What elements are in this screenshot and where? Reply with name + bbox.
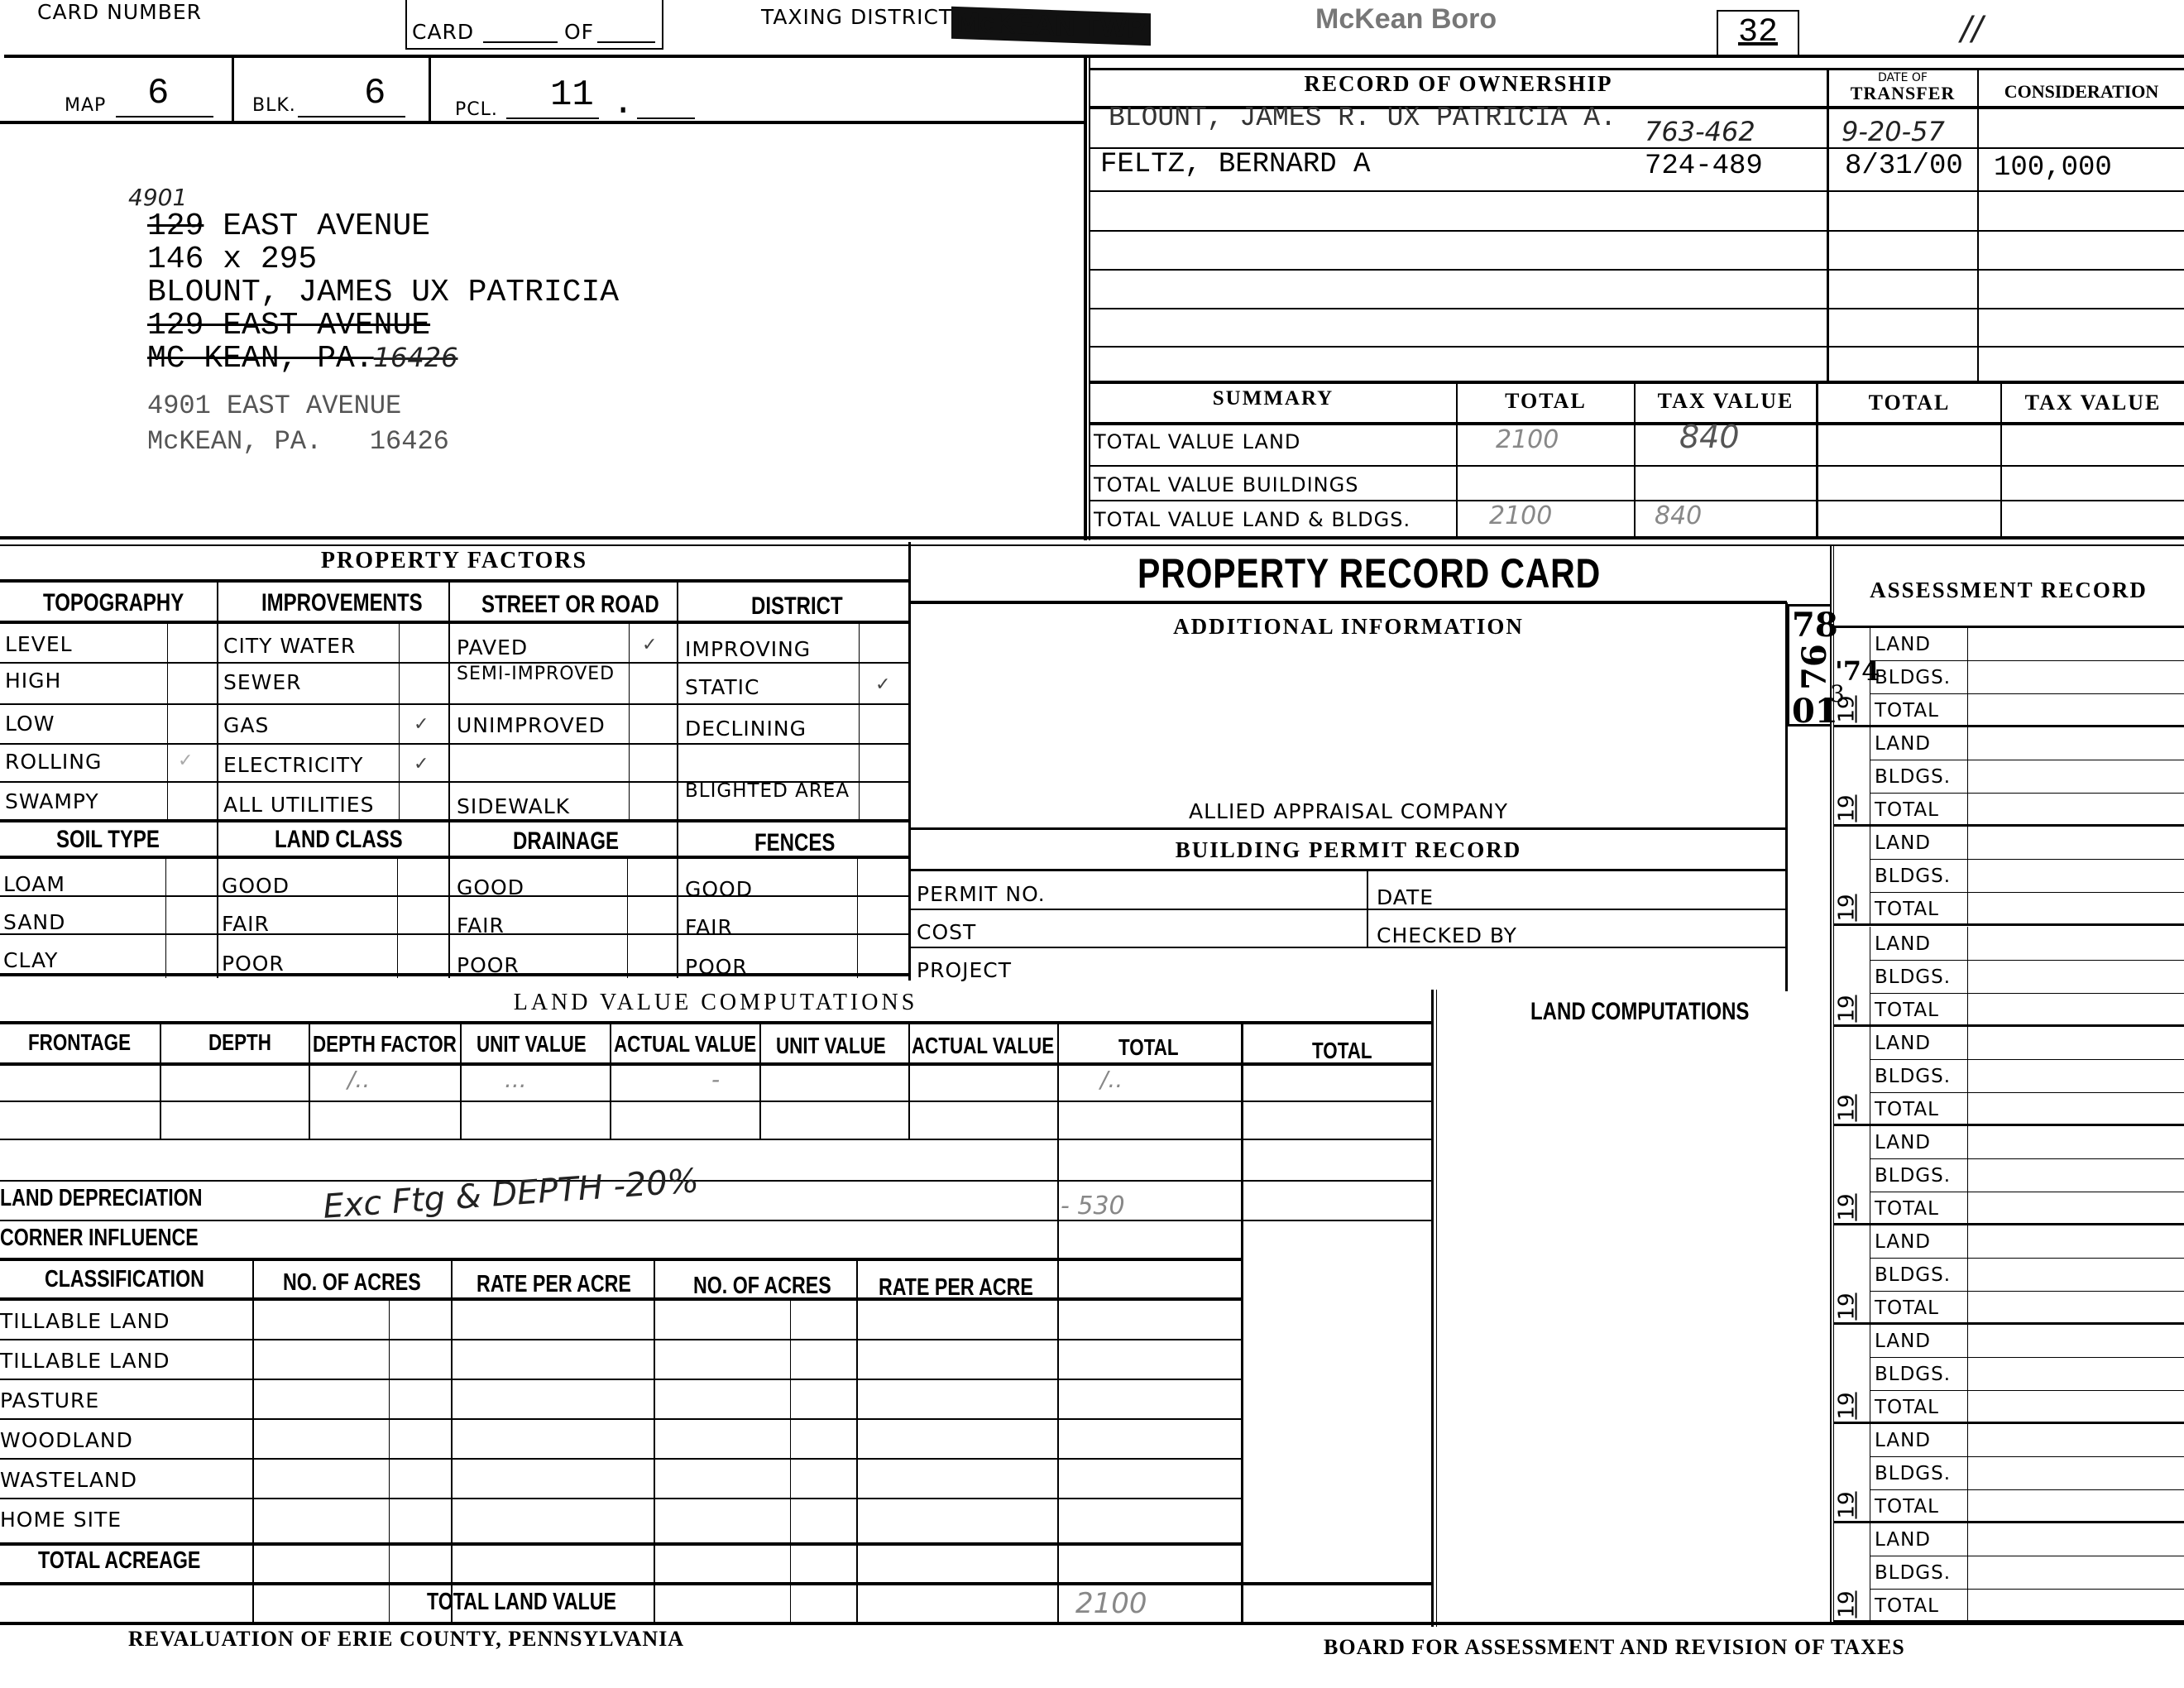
topography-low: LOW xyxy=(5,712,55,736)
assessment-bldgs-value[interactable] xyxy=(1969,1160,2182,1190)
divider xyxy=(1870,1390,2184,1391)
total-acreage-label: TOTAL ACREAGE xyxy=(38,1547,200,1575)
divider xyxy=(0,621,908,624)
assessment-land-label: LAND xyxy=(1875,832,1931,854)
divider xyxy=(4,55,2184,58)
divider xyxy=(0,662,908,664)
divider xyxy=(1870,826,1870,925)
divider xyxy=(1089,500,2184,501)
card-total-field[interactable] xyxy=(597,41,655,43)
divider xyxy=(0,819,908,822)
assessment-bldgs-label: BLDGS. xyxy=(1875,766,1951,788)
unit-value: ... xyxy=(505,1066,527,1093)
divider xyxy=(0,1458,1241,1460)
no-of-acres-header-2: NO. OF ACRES xyxy=(693,1273,831,1300)
col-unit-value-2: UNIT VALUE xyxy=(776,1033,886,1059)
assessment-bldgs-label: BLDGS. xyxy=(1875,866,1951,887)
divider xyxy=(0,1379,1241,1380)
divider xyxy=(859,622,860,821)
divider xyxy=(1833,923,2184,926)
checked-by-field[interactable] xyxy=(1539,912,1779,945)
divider xyxy=(1833,1124,2184,1126)
divider xyxy=(677,581,678,821)
divider xyxy=(389,1299,390,1623)
divider xyxy=(1870,793,2184,794)
assessment-bldgs-value[interactable] xyxy=(1969,1557,2182,1587)
assessment-total-value[interactable] xyxy=(1969,1590,2182,1620)
permit-no-field[interactable] xyxy=(1075,874,1361,907)
divider xyxy=(629,622,630,821)
assessment-land-label: LAND xyxy=(1875,1529,1931,1551)
static-check-icon[interactable]: ✓ xyxy=(875,674,890,695)
district-blighted-area: BLIGHTED AREA xyxy=(685,781,855,801)
divider xyxy=(1833,1521,2184,1523)
divider xyxy=(1870,1158,2184,1159)
ownership-row[interactable]: BLOUNT, JAMES R. UX PATRICIA A. 763-462 … xyxy=(1089,109,2184,147)
divider xyxy=(165,857,166,978)
divider xyxy=(1084,56,1087,540)
divider xyxy=(0,703,908,705)
divider xyxy=(1089,68,2184,70)
rolling-check-icon[interactable]: ✓ xyxy=(178,750,193,771)
assessment-bldgs-value[interactable] xyxy=(1969,1359,2182,1388)
divider xyxy=(0,1180,1431,1182)
owner-name: BLOUNT, JAMES UX PATRICIA xyxy=(147,275,619,310)
divider xyxy=(1089,190,2184,192)
col-total-1: TOTAL xyxy=(1118,1034,1179,1061)
topography-rolling: ROLLING xyxy=(5,750,102,774)
topography-high: HIGH xyxy=(5,669,61,693)
taxing-district-label: TAXING DISTRICT xyxy=(761,7,869,28)
year-prefix: 19 xyxy=(1835,1590,1860,1618)
owner-name: BLOUNT, JAMES R. UX PATRICIA A. xyxy=(1109,103,1616,133)
summary-total-header: TOTAL xyxy=(1458,389,1634,414)
year-prefix: 19 xyxy=(1835,1193,1860,1220)
drainage-fair: FAIR xyxy=(457,914,505,938)
assessment-bldgs-label: BLDGS. xyxy=(1875,1463,1951,1484)
divider xyxy=(399,622,400,821)
assessment-bldgs-value[interactable] xyxy=(1969,861,2182,890)
assessment-land-value[interactable] xyxy=(1969,728,2182,758)
divider xyxy=(1870,1556,2184,1556)
classification-header: CLASSIFICATION xyxy=(45,1266,204,1293)
assessment-total-label: TOTAL xyxy=(1875,1099,1939,1120)
assessment-bldgs-value[interactable] xyxy=(1969,662,2182,692)
card-number-label: CARD NUMBER xyxy=(37,2,112,23)
summary-land-bldgs-total[interactable]: 2100 xyxy=(1489,501,1552,530)
divider xyxy=(1870,693,2184,694)
divider xyxy=(429,56,431,122)
divider xyxy=(910,909,1787,910)
blk-underline xyxy=(298,116,405,117)
year-prefix: 19 xyxy=(1835,794,1860,822)
land-class-fair: FAIR xyxy=(222,912,270,936)
improvements-header: IMPROVEMENTS xyxy=(261,589,423,617)
divider xyxy=(1870,993,2184,994)
additional-information-header: ADDITIONAL INFORMATION xyxy=(910,614,1787,640)
divider xyxy=(1870,760,2184,760)
divider xyxy=(1089,230,2184,232)
street-unimproved: UNIMPROVED xyxy=(457,713,606,737)
assessment-land-label: LAND xyxy=(1875,634,1931,655)
year-prefix: 19 xyxy=(1835,995,1860,1022)
electricity-check-icon[interactable]: ✓ xyxy=(414,753,429,774)
depth-factor-value: /.. xyxy=(347,1066,370,1093)
col-actual-value-2: ACTUAL VALUE xyxy=(912,1033,1054,1059)
drainage-good: GOOD xyxy=(457,875,524,899)
divider xyxy=(448,581,450,821)
assessment-land-label: LAND xyxy=(1875,1033,1931,1054)
topography-swampy: SWAMPY xyxy=(5,789,99,813)
assessment-record-title: ASSESSMENT RECORD xyxy=(1835,578,2182,603)
corner-influence-label: CORNER INFLUENCE xyxy=(0,1225,199,1252)
improvements-electricity: ELECTRICITY xyxy=(223,753,363,777)
consideration-header: CONSIDERATION xyxy=(1979,81,2184,103)
fences-poor: POOR xyxy=(685,955,748,979)
divider xyxy=(0,895,908,897)
total-land-value-label: TOTAL LAND VALUE xyxy=(427,1589,616,1616)
card-of-of-label: OF xyxy=(564,20,594,44)
divider xyxy=(910,827,1787,830)
divider xyxy=(1967,1026,1968,1125)
assessment-total-label: TOTAL xyxy=(1875,1397,1939,1418)
divider xyxy=(910,601,1787,604)
divider xyxy=(677,821,678,978)
assessment-total-value[interactable] xyxy=(1969,1094,2182,1124)
land-value-title: LAND VALUE COMPUTATIONS xyxy=(0,990,1431,1016)
taxing-district-value: McKean Boro xyxy=(1315,3,1497,36)
summary-row-label: TOTAL VALUE BUILDINGS xyxy=(1094,473,1358,496)
divider xyxy=(217,581,218,821)
owner-name: FELTZ, BERNARD A xyxy=(1100,149,1370,180)
actual-value: - xyxy=(711,1066,720,1093)
divider xyxy=(1870,927,1870,1026)
assessment-land-value[interactable] xyxy=(1969,827,2182,857)
property-factors-title: PROPERTY FACTORS xyxy=(0,548,908,574)
land-class-good: GOOD xyxy=(222,874,290,898)
divider xyxy=(1833,1024,2184,1027)
divider xyxy=(0,1220,1431,1221)
pcl-separator: . xyxy=(612,83,634,124)
blk-label: BLK. xyxy=(252,95,296,116)
consideration: 100,000 xyxy=(1994,152,2112,184)
pcl-suffix-underline xyxy=(637,117,695,119)
cost-label: COST xyxy=(917,920,976,944)
rate-per-acre-header-1: RATE PER ACRE xyxy=(477,1271,631,1298)
assessment-land-value[interactable] xyxy=(1969,1326,2182,1355)
assessment-land-value[interactable] xyxy=(1969,1127,2182,1157)
assessment-land-label: LAND xyxy=(1875,1430,1931,1451)
summary-total2-header: TOTAL xyxy=(1818,391,2000,415)
gas-check-icon[interactable]: ✓ xyxy=(414,713,429,735)
district-improving: IMPROVING xyxy=(685,637,811,661)
divider xyxy=(1431,990,1434,1627)
divider xyxy=(1870,1523,1870,1622)
divider xyxy=(1089,269,2184,271)
improvements-sewer: SEWER xyxy=(223,670,302,694)
divider xyxy=(1436,990,1437,1627)
struck-handwritten-zip: 16426 xyxy=(374,342,458,373)
summary-land-tax-value[interactable]: 840 xyxy=(1679,419,1740,455)
land-class-poor: POOR xyxy=(222,952,285,976)
assessment-bldgs-label: BLDGS. xyxy=(1875,1066,1951,1087)
assessment-bldgs-label: BLDGS. xyxy=(1875,667,1951,688)
pcl-value[interactable]: 11 xyxy=(550,74,594,116)
divider xyxy=(0,1498,1241,1499)
blk-value[interactable]: 6 xyxy=(364,73,386,114)
summary-land-total[interactable]: 2100 xyxy=(1496,425,1559,454)
stamped-address-line1: 4901 EAST AVENUE xyxy=(147,391,401,421)
divider xyxy=(1967,727,1968,826)
divider xyxy=(0,856,908,859)
assessment-total-value[interactable] xyxy=(1969,1392,2182,1422)
struck-mailing-city: MC KEAN, PA. xyxy=(147,341,374,376)
summary-row-label: TOTAL VALUE LAND & BLDGS. xyxy=(1094,508,1410,531)
assessment-total-value[interactable] xyxy=(1969,1193,2182,1223)
topography-header: TOPOGRAPHY xyxy=(43,589,184,617)
land-depreciation-note[interactable]: Exc Ftg & DEPTH -20% xyxy=(322,1162,700,1226)
assessment-land-label: LAND xyxy=(1875,733,1931,755)
transfer-date: 9-20-57 xyxy=(1842,116,1945,147)
land-computations-area[interactable] xyxy=(1439,1034,1779,1614)
assessment-land-value[interactable] xyxy=(1969,629,2182,659)
assessment-bldgs-value[interactable] xyxy=(1969,961,2182,991)
assessment-total-value[interactable] xyxy=(1969,1491,2182,1521)
stamped-address-line2: McKEAN, PA. 16426 xyxy=(147,426,449,457)
divider xyxy=(217,821,218,978)
divider xyxy=(232,56,234,122)
assessment-land-label: LAND xyxy=(1875,933,1931,955)
appraiser-name: ALLIED APPRAISAL COMPANY xyxy=(910,799,1787,823)
divider xyxy=(0,1139,1431,1140)
pcl-label: PCL. xyxy=(455,99,498,120)
divider xyxy=(1967,1125,1968,1225)
topography-level: LEVEL xyxy=(5,632,73,656)
divider xyxy=(1870,727,1870,826)
divider xyxy=(1833,1422,2184,1424)
divider xyxy=(1089,381,2184,384)
divider xyxy=(1967,1523,1968,1622)
transfer-header: TRANSFER xyxy=(1828,83,1977,104)
assessment-total-value[interactable] xyxy=(1969,894,2182,923)
assessment-land-value[interactable] xyxy=(1969,1028,2182,1057)
checked-by-label: CHECKED BY xyxy=(1377,923,1517,947)
divider xyxy=(1870,1423,1870,1523)
summary-land-bldgs-tax-value[interactable]: 840 xyxy=(1655,501,1702,530)
improvements-city-water: CITY WATER xyxy=(223,634,356,658)
assessment-total-label: TOTAL xyxy=(1875,899,1939,920)
assessment-total-value[interactable] xyxy=(1969,794,2182,824)
assessment-bldgs-label: BLDGS. xyxy=(1875,1562,1951,1584)
project-label: PROJECT xyxy=(917,958,1012,982)
divider xyxy=(1870,892,2184,893)
land-depreciation-total[interactable]: - 530 xyxy=(1061,1192,1125,1220)
divider xyxy=(0,1297,1241,1301)
tick-mark: // xyxy=(1961,10,1983,48)
ownership-row[interactable]: FELTZ, BERNARD A 724-489 8/31/00 100,000 xyxy=(1089,149,2184,190)
summary-tax-value-header: TAX VALUE xyxy=(1636,389,1816,414)
land-computations-title: LAND COMPUTATIONS xyxy=(1530,998,1749,1026)
divider xyxy=(451,1259,453,1623)
divider xyxy=(1870,1192,2184,1192)
card-number-field[interactable] xyxy=(483,41,558,43)
col-frontage: FRONTAGE xyxy=(28,1029,131,1056)
divider xyxy=(857,857,858,978)
divider xyxy=(1870,1456,2184,1457)
divider xyxy=(1870,1125,1870,1225)
divider xyxy=(1870,1225,1870,1324)
divider xyxy=(1870,1059,2184,1060)
divider xyxy=(1089,465,2184,467)
assessment-bldgs-label: BLDGS. xyxy=(1875,1364,1951,1385)
divider xyxy=(856,1259,858,1623)
assessment-bldgs-value[interactable] xyxy=(1969,1061,2182,1091)
divider xyxy=(1870,660,2184,661)
col-total-2: TOTAL xyxy=(1312,1038,1372,1064)
classification-label: TILLABLE LAND xyxy=(0,1309,170,1333)
classification-label: TILLABLE LAND xyxy=(0,1349,170,1373)
soil-loam: LOAM xyxy=(3,872,65,896)
additional-information-area[interactable] xyxy=(910,641,1779,807)
cost-field[interactable] xyxy=(993,912,1361,945)
soil-clay: CLAY xyxy=(3,948,58,972)
land-value-row[interactable] xyxy=(0,1102,1431,1139)
year-prefix: 19 xyxy=(1835,894,1860,921)
fences-good: GOOD xyxy=(685,877,753,901)
divider xyxy=(397,857,398,978)
soil-sand: SAND xyxy=(3,910,65,934)
divider xyxy=(0,1418,1241,1420)
card-of-box: CARD OF xyxy=(405,0,663,50)
street-or-road-header: STREET OR ROAD xyxy=(481,591,659,619)
divider xyxy=(1967,826,1968,925)
classification-label: HOME SITE xyxy=(0,1508,122,1532)
divider xyxy=(1833,1223,2184,1225)
permit-date-field[interactable] xyxy=(1456,874,1779,907)
paved-check-icon[interactable]: ✓ xyxy=(642,634,657,655)
street-name: EAST AVENUE xyxy=(223,209,430,244)
divider xyxy=(1833,725,2184,727)
permit-no-label: PERMIT NO. xyxy=(917,882,1046,906)
divider xyxy=(1833,1322,2184,1325)
district-static: STATIC xyxy=(685,675,759,699)
street-sidewalk: SIDEWALK xyxy=(457,794,570,818)
assessment-land-value[interactable] xyxy=(1969,1425,2182,1455)
assessment-land-label: LAND xyxy=(1875,1132,1931,1153)
assessment-bldgs-label: BLDGS. xyxy=(1875,1165,1951,1187)
assessment-bldgs-value[interactable] xyxy=(1969,1458,2182,1488)
summary-tax-value2-header: TAX VALUE xyxy=(2002,391,2184,415)
divider xyxy=(910,947,1787,948)
divider xyxy=(0,1339,1241,1340)
divider xyxy=(1870,1026,1870,1125)
divider xyxy=(252,1259,254,1623)
assessment-land-value[interactable] xyxy=(1969,1524,2182,1554)
divider xyxy=(1870,859,2184,860)
assessment-land-label: LAND xyxy=(1875,1331,1931,1352)
taxing-district-redacted: McKEAN TWP xyxy=(951,7,1151,46)
assessment-bldgs-label: BLDGS. xyxy=(1875,966,1951,988)
summary-row-label: TOTAL VALUE LAND xyxy=(1094,430,1300,453)
divider xyxy=(1089,346,2184,348)
district-header: DISTRICT xyxy=(751,592,843,621)
assessment-total-label: TOTAL xyxy=(1875,1595,1939,1617)
stamp-year-78: 78 xyxy=(1792,609,1838,642)
year-prefix: 19 xyxy=(1835,1392,1860,1419)
divider xyxy=(1870,1258,2184,1259)
project-field[interactable] xyxy=(1026,950,1779,980)
divider xyxy=(167,622,168,821)
assessment-total-value[interactable] xyxy=(1969,695,2182,725)
drainage-header: DRAINAGE xyxy=(513,827,619,856)
year-prefix: 19 xyxy=(1835,1491,1860,1518)
no-of-acres-header-1: NO. OF ACRES xyxy=(283,1269,421,1297)
assessment-total-value[interactable] xyxy=(1969,995,2182,1024)
boxed-number: 32 xyxy=(1717,10,1799,56)
assessment-total-value[interactable] xyxy=(1969,1292,2182,1322)
assessment-land-value[interactable] xyxy=(1969,1226,2182,1256)
assessment-land-value[interactable] xyxy=(1969,928,2182,958)
divider xyxy=(1833,824,2184,827)
card-of-card-label: CARD xyxy=(412,20,474,44)
divider xyxy=(1967,1324,1968,1423)
divider xyxy=(1967,1225,1968,1324)
drainage-poor: POOR xyxy=(457,953,520,977)
deed-book-page: 724-489 xyxy=(1645,151,1763,182)
divider xyxy=(0,933,908,935)
map-value[interactable]: 6 xyxy=(147,73,169,114)
col-depth-factor: DEPTH FACTOR xyxy=(313,1031,457,1057)
stamp-year-76: 76 xyxy=(1798,644,1832,690)
struck-mailing-street: 129 EAST AVENUE xyxy=(147,308,430,343)
assessment-bldgs-value[interactable] xyxy=(1969,761,2182,791)
land-value-row[interactable]: /.. ... - /.. xyxy=(0,1066,1431,1101)
divider xyxy=(1870,1092,2184,1093)
classification-label: WASTELAND xyxy=(0,1468,137,1492)
divider xyxy=(654,1259,655,1623)
summary-title: SUMMARY xyxy=(1090,387,1456,410)
assessment-bldgs-value[interactable] xyxy=(1969,1259,2182,1289)
handwritten-house-number: 4901 xyxy=(128,184,187,211)
divider xyxy=(1870,1489,2184,1490)
divider xyxy=(0,121,1084,124)
total-land-value[interactable]: 2100 xyxy=(1075,1587,1147,1620)
assessment-total-label: TOTAL xyxy=(1875,1496,1939,1518)
col-depth: DEPTH xyxy=(208,1029,271,1056)
divider xyxy=(0,1258,1241,1261)
improvements-gas: GAS xyxy=(223,713,269,737)
divider xyxy=(1870,960,2184,961)
divider xyxy=(1089,422,2184,425)
card-title: PROPERTY RECORD CARD xyxy=(993,549,1746,597)
divider xyxy=(0,743,908,745)
divider xyxy=(1833,626,2184,628)
divider xyxy=(1967,927,1968,1026)
deed-book-page: 763-462 xyxy=(1645,116,1755,147)
year-prefix: 19 xyxy=(1835,1292,1860,1320)
divider xyxy=(0,536,2184,539)
building-permit-header: BUILDING PERMIT RECORD xyxy=(910,837,1787,863)
lot-dimensions: 146 x 295 xyxy=(147,242,317,277)
permit-date-label: DATE xyxy=(1377,885,1434,909)
improvements-all-utilities: ALL UTILITIES xyxy=(223,793,374,817)
soil-type-header: SOIL TYPE xyxy=(56,826,160,854)
divider xyxy=(1870,627,1870,727)
year-prefix: 19 xyxy=(1835,1094,1860,1121)
assessment-total-label: TOTAL xyxy=(1875,1000,1939,1021)
fences-fair: FAIR xyxy=(685,915,733,939)
col-unit-value-1: UNIT VALUE xyxy=(477,1031,587,1057)
